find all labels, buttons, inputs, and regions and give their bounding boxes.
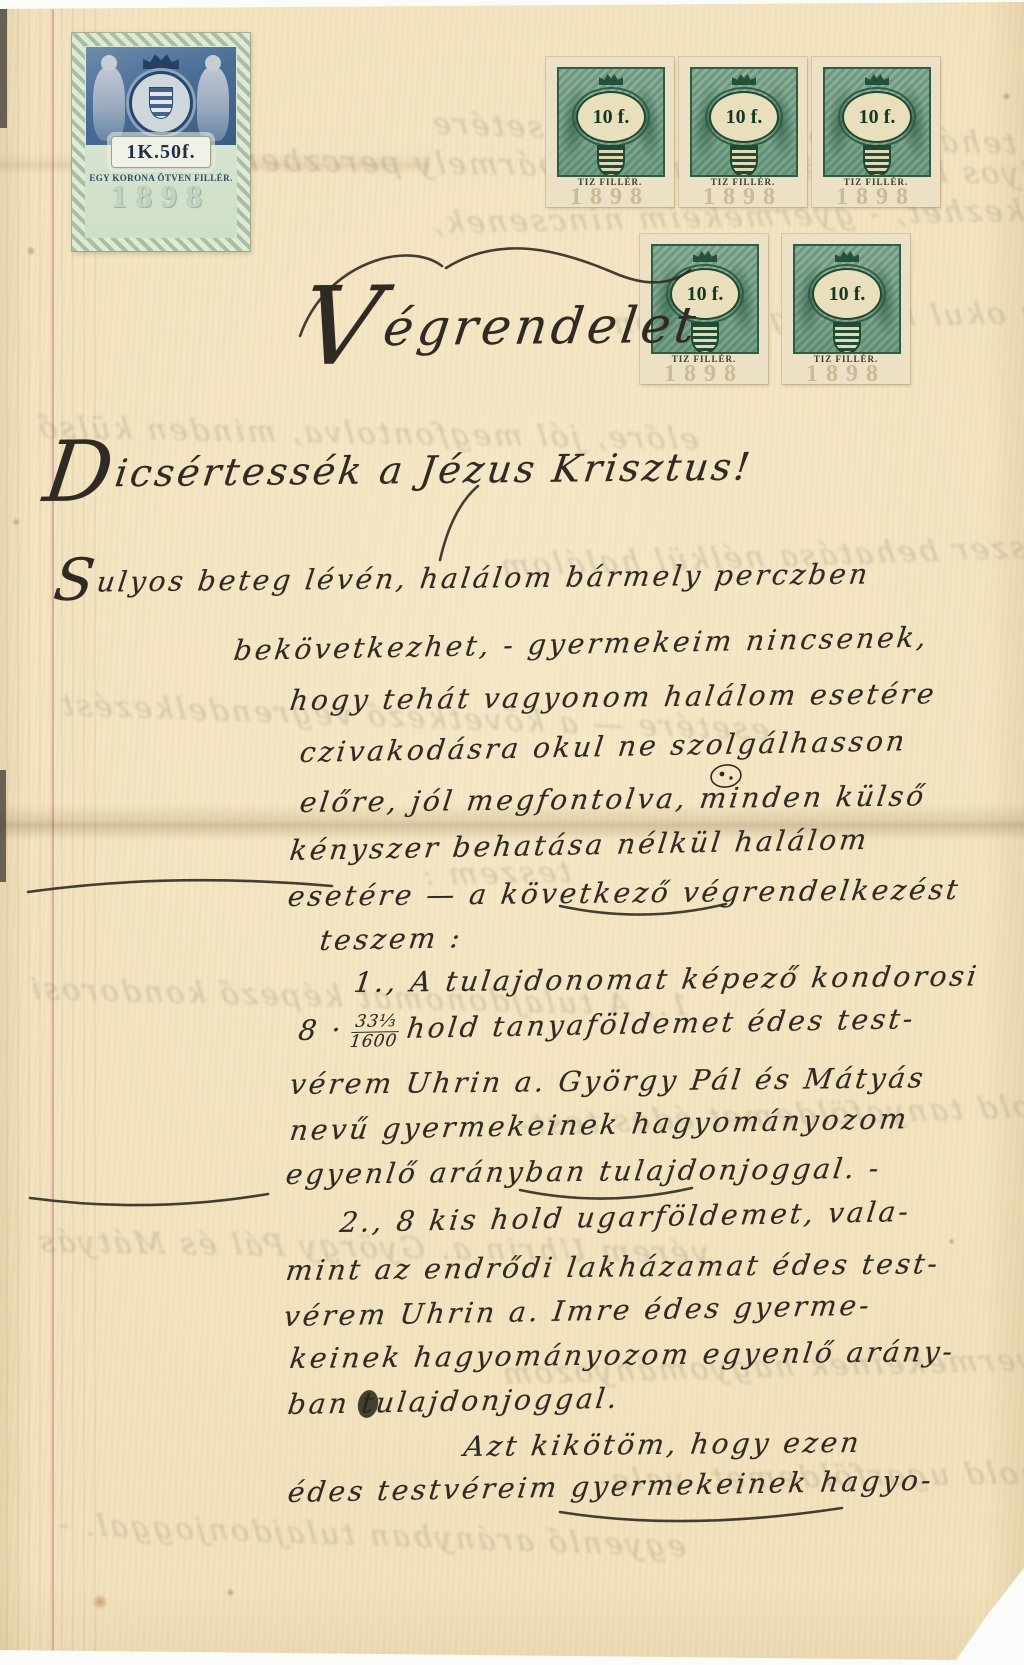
- handwritten-line: 8 ·33⅓1600hold tanyaföldemet édes test-: [296, 1002, 917, 1053]
- stamp-value: 10 f.: [829, 283, 866, 306]
- bleedthrough-text: egyenlő arányban tulajdonjoggal. -: [54, 1507, 687, 1564]
- scanned-document: Sulyos beteg lévén, halálom bármely perc…: [0, 0, 1024, 1665]
- document-title: Végrendelet: [298, 296, 703, 358]
- handwritten-line: czivakodásra okul ne szolgálhasson: [298, 724, 909, 769]
- stamp-year-watermark: 1898: [640, 361, 768, 388]
- revenue-stamp-1k50f: 1K.50f. EGY KORONA ÖTVEN FILLÉR. 1898: [72, 33, 250, 251]
- crown-icon: [693, 249, 717, 262]
- handwritten-line: esetére — a következő végrendelkezést: [286, 873, 963, 913]
- stamp-year-watermark: 1898: [812, 184, 940, 211]
- coat-of-arms-icon: [730, 145, 758, 177]
- coat-of-arms-icon: [597, 145, 625, 177]
- underline-flourish: [560, 1508, 842, 1521]
- foxing-spot: [26, 246, 36, 256]
- handwritten-line: 2., 8 kis hold ugarföldemet, vala-: [338, 1195, 913, 1239]
- stamp-value: 10 f.: [593, 106, 630, 129]
- handwritten-line: mint az endrődi lakházamat édes test-: [284, 1247, 942, 1287]
- handwritten-line: teszem :: [318, 921, 465, 957]
- stamp-value: 10 f.: [859, 106, 896, 129]
- crown-icon: [732, 72, 756, 85]
- stamp-engraving: [86, 47, 236, 145]
- stamp-year-watermark: 1898: [782, 361, 910, 388]
- handwritten-line: keinek hagyományozom egyenlő arány-: [288, 1335, 957, 1375]
- allegorical-figure-icon: [197, 67, 229, 141]
- foxing-spot: [12, 518, 20, 526]
- stamp-engraving: 10 f.: [557, 67, 665, 177]
- revenue-stamp-10-filler: 10 f. TIZ FILLÉR. 1898: [812, 57, 940, 207]
- crown-icon: [143, 51, 179, 69]
- stamp-value-oval: 10 f.: [842, 91, 912, 143]
- coat-of-arms-icon: [863, 145, 891, 177]
- acreage-whole: 8 ·: [297, 1013, 346, 1047]
- revenue-stamp-10-filler: 10 f. TIZ FILLÉR. 1898: [679, 57, 807, 207]
- allegorical-figure-icon: [93, 67, 125, 141]
- handwritten-line: hogy tehát vagyonom halálom esetére: [288, 677, 939, 717]
- stamp-value: 10 f.: [726, 106, 763, 129]
- foxing-spot: [1002, 92, 1011, 101]
- foxing-spot: [226, 1588, 235, 1597]
- scan-edge-artifact: [0, 0, 26, 8]
- scan-edge-artifact: [0, 770, 6, 882]
- handwritten-line: hold tanyaföldemet édes test-: [405, 1002, 918, 1045]
- underline-flourish: [520, 1188, 692, 1199]
- handwritten-line: Sulyos beteg lévén, halálom bármely perc…: [52, 557, 872, 599]
- stamp-value-oval: 10 f.: [709, 91, 779, 143]
- revenue-stamp-10-filler: 10 f. TIZ FILLÉR. 1898: [782, 234, 910, 384]
- handwritten-line: vérem Uhrin a. György Pál és Mátyás: [288, 1061, 928, 1101]
- stamp-value: 1K.50f.: [126, 141, 195, 164]
- stamp-engraving: 10 f.: [823, 67, 931, 177]
- stamp-year: 1898: [85, 178, 237, 215]
- stamp-engraving: 10 f.: [793, 244, 901, 354]
- crown-icon: [865, 72, 889, 85]
- crown-icon: [599, 72, 623, 85]
- revenue-stamp-10-filler: 10 f. TIZ FILLÉR. 1898: [546, 57, 674, 207]
- handwritten-line: édes testvéreim gyermekeinek hagyo-: [286, 1464, 936, 1509]
- handwritten-line: nevű gyermekeinek hagyományozom: [288, 1102, 911, 1147]
- handwritten-line: vérem Uhrin a. Imre édes gyerme-: [282, 1289, 874, 1333]
- fraction-numerator: 33⅓: [354, 1011, 398, 1032]
- handwritten-line: bekövetkezhet, - gyermekeim nincsenek,: [232, 621, 931, 667]
- stamp-value-cartouche: 1K.50f.: [111, 136, 211, 168]
- handwritten-line: Azt kikötöm, hogy ezen: [462, 1426, 864, 1463]
- stamp-value-oval: 10 f.: [576, 91, 646, 143]
- greeting-line: Dicsértessék a Jézus Krisztus!: [42, 445, 755, 496]
- handwritten-line: 1., A tulajdonomat képező kondorosi: [352, 959, 981, 999]
- handwritten-line: ban tulajdonjoggal.: [286, 1382, 622, 1421]
- stamp-year-watermark: 1898: [679, 184, 807, 211]
- foxing-spot: [92, 1594, 108, 1610]
- coat-of-arms-icon: [833, 322, 861, 354]
- stamp-value-oval: 10 f.: [812, 268, 882, 320]
- pen-stroke: [440, 486, 478, 560]
- scan-edge-artifact: [0, 0, 7, 128]
- handwritten-line: előre, jól megfontolva, minden külső: [298, 779, 929, 819]
- stamp-engraving: 10 f.: [690, 67, 798, 177]
- handwritten-line: egyenlő arányban tulajdonjoggal. -: [284, 1152, 884, 1191]
- stamp-year-watermark: 1898: [546, 184, 674, 211]
- coat-of-arms-icon: [129, 71, 193, 135]
- fraction-denominator: 1600: [349, 1031, 399, 1052]
- foxing-spot: [948, 1238, 955, 1245]
- crown-icon: [835, 249, 859, 262]
- acreage-fraction: 33⅓1600: [349, 1013, 401, 1052]
- paper-sheet: Sulyos beteg lévén, halálom bármely perc…: [0, 0, 1024, 1665]
